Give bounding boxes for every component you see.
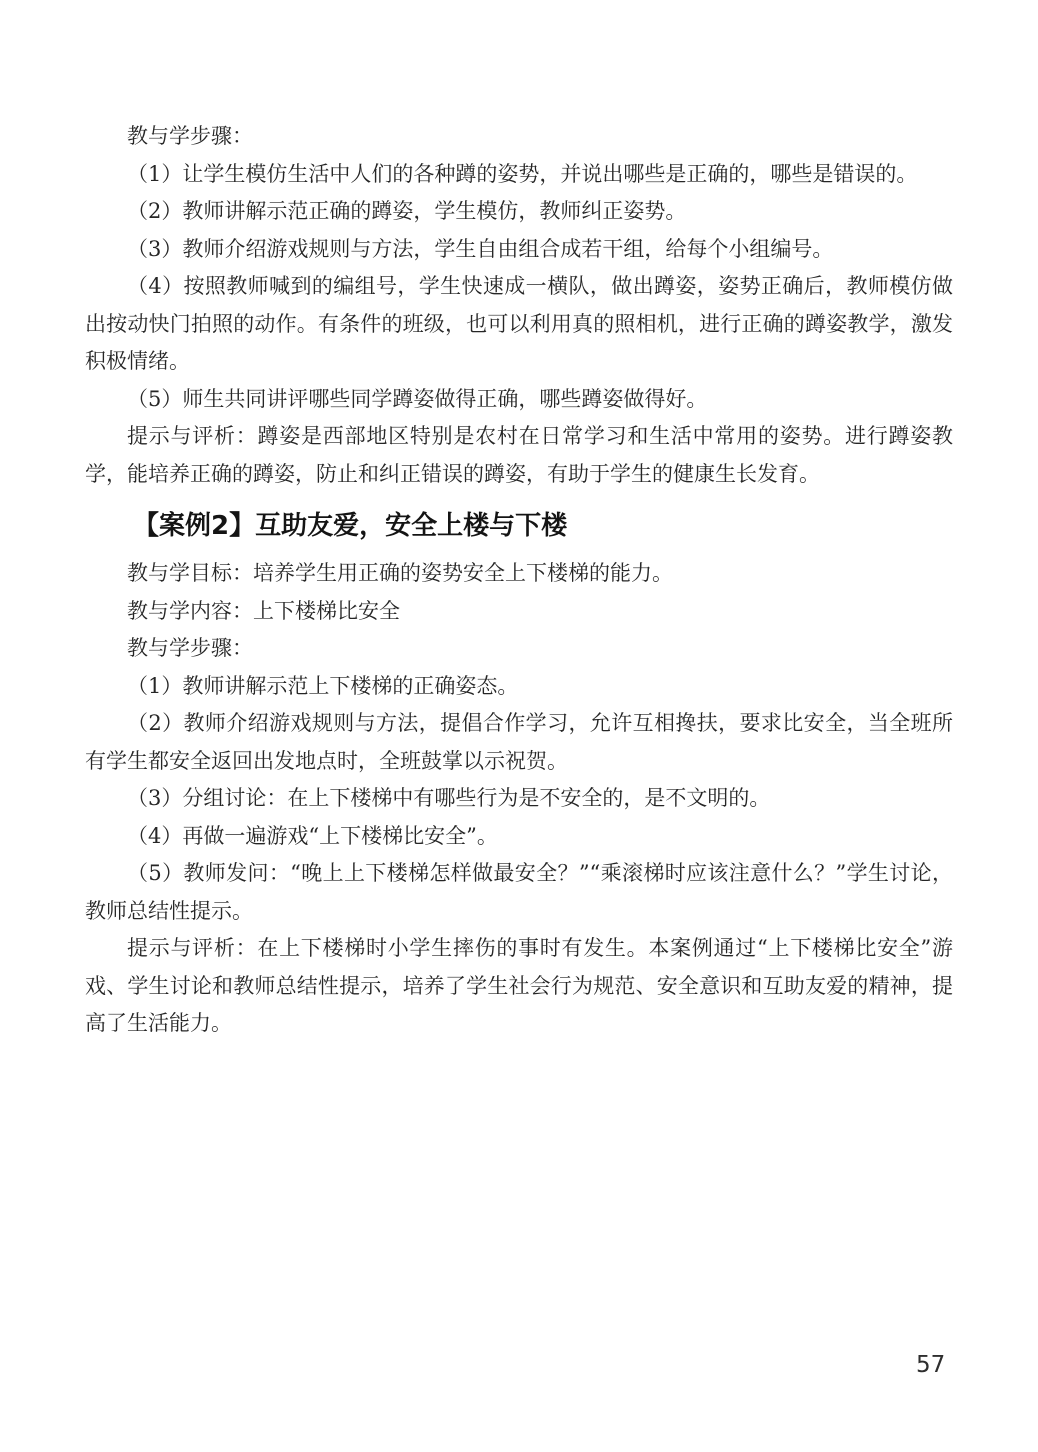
case2-step-1: （1）教师讲解示范上下楼梯的正确姿态。	[85, 668, 953, 706]
case2-steps-label: 教与学步骤：	[85, 630, 953, 668]
case1-steps-label: 教与学步骤：	[85, 118, 953, 156]
case1-step-3: （3）教师介绍游戏规则与方法，学生自由组合成若干组，给每个小组编号。	[85, 231, 953, 269]
case2-heading: 【案例2】互助友爱，安全上楼与下楼	[85, 504, 953, 548]
case2-content: 教与学内容：上下楼梯比安全	[85, 593, 953, 631]
case2-tips-evaluation: 提示与评析：在上下楼梯时小学生摔伤的事时有发生。本案例通过“上下楼梯比安全”游戏…	[85, 930, 953, 1043]
case1-tips-evaluation: 提示与评析：蹲姿是西部地区特别是农村在日常学习和生活中常用的姿势。进行蹲姿教学，…	[85, 418, 953, 493]
case2-step-4: （4）再做一遍游戏“上下楼梯比安全”。	[85, 818, 953, 856]
case2-goal: 教与学目标：培养学生用正确的姿势安全上下楼梯的能力。	[85, 555, 953, 593]
case1-step-5: （5）师生共同讲评哪些同学蹲姿做得正确，哪些蹲姿做得好。	[85, 381, 953, 419]
page-body: 教与学步骤： （1）让学生模仿生活中人们的各种蹲的姿势，并说出哪些是正确的，哪些…	[85, 118, 953, 1043]
case2-step-3: （3）分组讨论：在上下楼梯中有哪些行为是不安全的，是不文明的。	[85, 780, 953, 818]
page-number: 57	[916, 1352, 945, 1378]
case1-step-4: （4）按照教师喊到的编组号，学生快速成一横队，做出蹲姿，姿势正确后，教师模仿做出…	[85, 268, 953, 381]
document-page: 教与学步骤： （1）让学生模仿生活中人们的各种蹲的姿势，并说出哪些是正确的，哪些…	[0, 0, 1038, 1452]
case1-step-1: （1）让学生模仿生活中人们的各种蹲的姿势，并说出哪些是正确的，哪些是错误的。	[85, 156, 953, 194]
case2-step-5: （5）教师发问：“晚上上下楼梯怎样做最安全？”“乘滚梯时应该注意什么？”学生讨论…	[85, 855, 953, 930]
case2-step-2: （2）教师介绍游戏规则与方法，提倡合作学习，允许互相搀扶，要求比安全，当全班所有…	[85, 705, 953, 780]
case1-step-2: （2）教师讲解示范正确的蹲姿，学生模仿，教师纠正姿势。	[85, 193, 953, 231]
